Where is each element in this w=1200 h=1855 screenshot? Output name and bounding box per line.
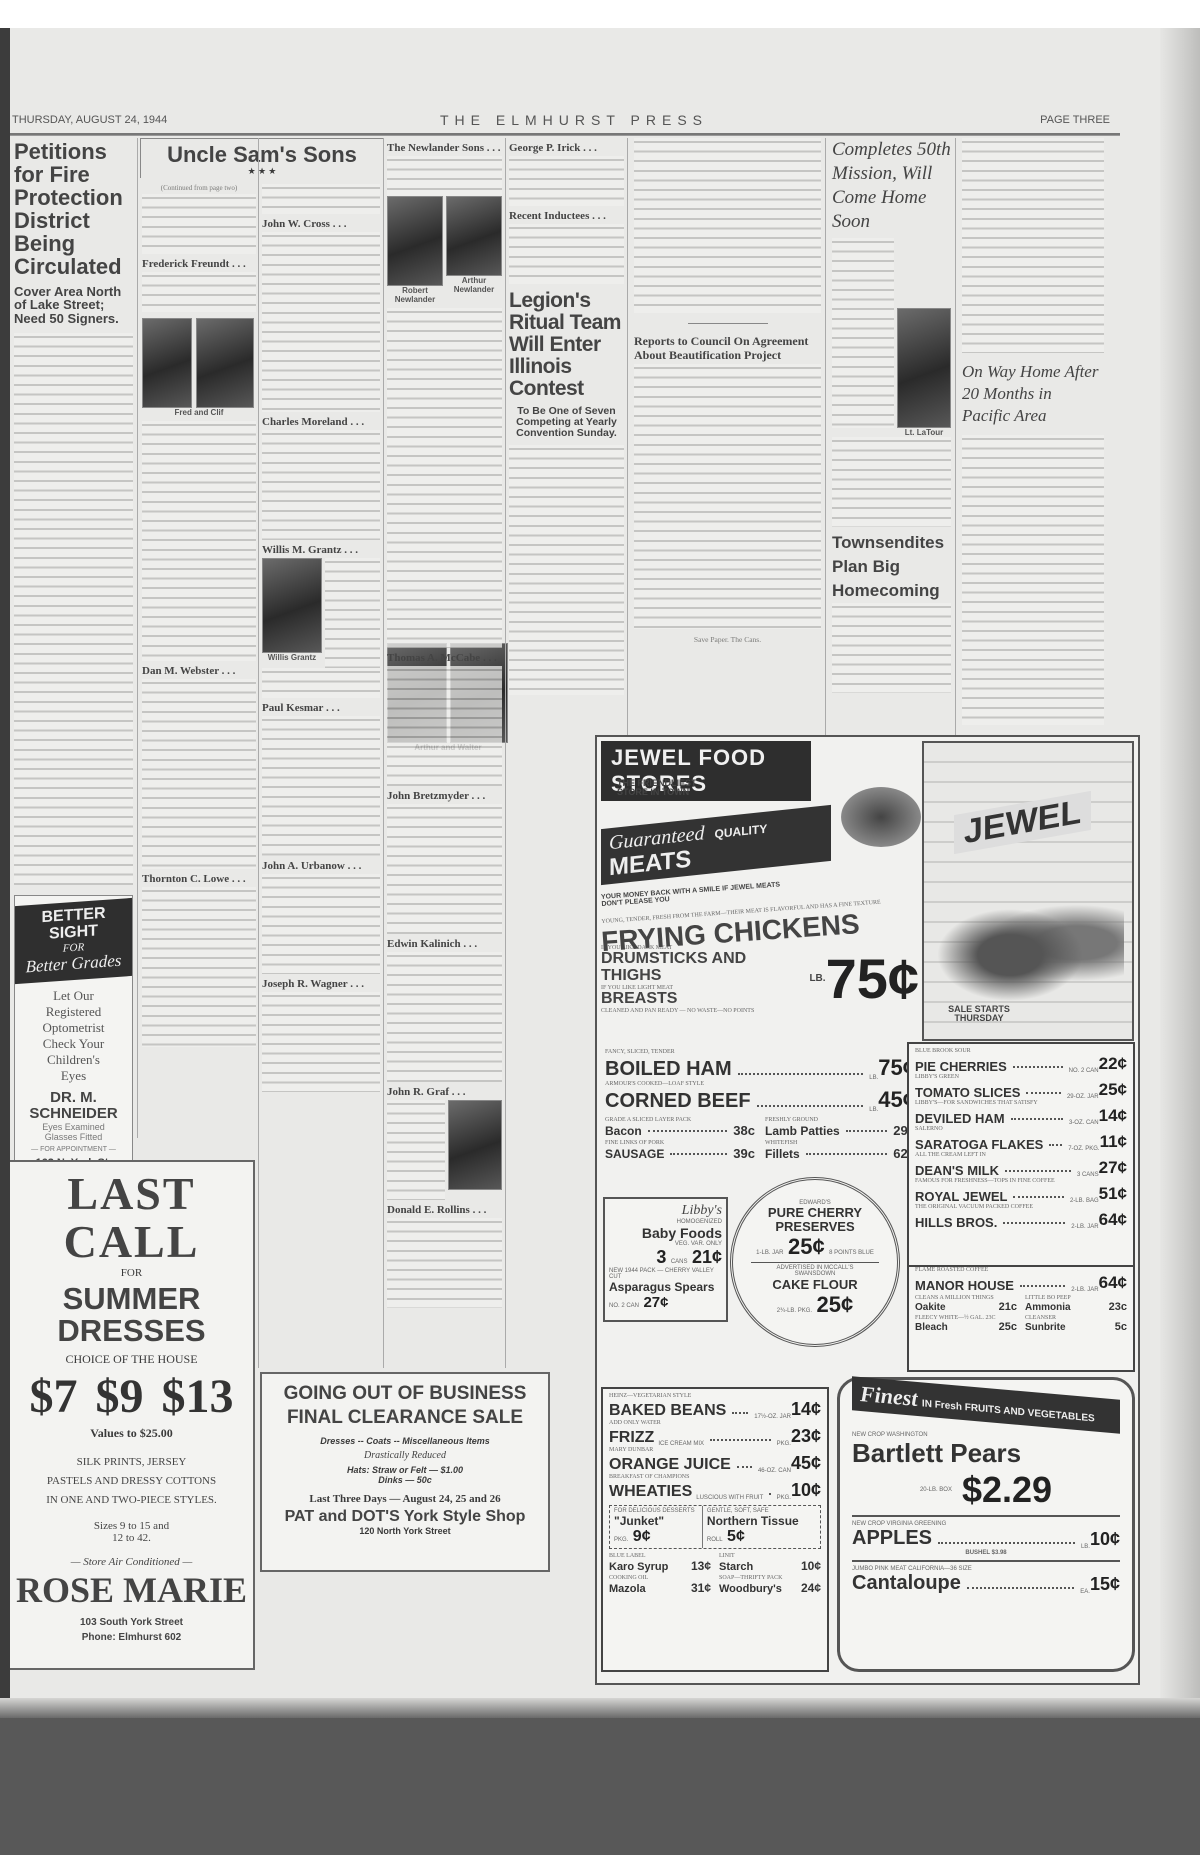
- libbys-baby-foods: Libby's HOMOGENIZED Baby Foods VEG. VAR.…: [603, 1197, 728, 1322]
- column-3: John W. Cross . . . Charles Moreland . .…: [258, 138, 384, 1368]
- column-6: Reports to Council On Agreement About Be…: [630, 138, 826, 738]
- section-title: John A. Urbanow . . .: [262, 860, 380, 872]
- summer-dresses-title: SUMMER DRESSES: [10, 1283, 253, 1348]
- legion-headline: Legion's Ritual Team Will Enter Illinois…: [509, 290, 624, 400]
- photo-clif: [196, 318, 254, 408]
- section-title: John R. Graf . . .: [387, 1086, 502, 1098]
- storefront-illustration: JEWEL SALE STARTS THURSDAY: [922, 741, 1134, 1041]
- completes-50th-headline: Completes 50th Mission, Will Come Home S…: [832, 138, 951, 234]
- grocery-price-list: BLUE BROOK SOURPIE CHERRIESNO. 2 CAN22¢ …: [907, 1042, 1135, 1267]
- page-number: PAGE THREE: [1040, 114, 1110, 126]
- summer-dresses-ad: LAST CALL FOR SUMMER DRESSES CHOICE OF T…: [10, 1160, 255, 1670]
- section-title: George P. Irick . . .: [509, 142, 624, 154]
- column-2: Uncle Sam's Sons ★ ★ ★ (Continued from p…: [140, 138, 258, 1138]
- photo-willis-grantz: [262, 558, 322, 653]
- price-row: HEINZ—VEGETARIAN STYLEBAKED BEANS17½-OZ.…: [609, 1393, 821, 1420]
- column-4: The Newlander Sons . . . Robert Newlande…: [384, 138, 506, 1368]
- way-home-headline: On Way Home After 20 Months in Pacific A…: [962, 361, 1104, 427]
- bottom-grocery-list: HEINZ—VEGETARIAN STYLEBAKED BEANS17½-OZ.…: [601, 1387, 829, 1672]
- shoppers-illustration: [934, 883, 1124, 1003]
- issue-date: THURSDAY, AUGUST 24, 1944: [12, 114, 167, 126]
- pears-price: $2.29: [962, 1469, 1052, 1511]
- price-row: ADD ONLY WATERFRIZZICE CREAM MIXPKG.23¢: [609, 1420, 821, 1447]
- price-row: THE ORIGINAL VACUUM PACKED COFFEEHILLS B…: [915, 1204, 1127, 1230]
- page-edge-right: [1160, 28, 1200, 1718]
- section-title: Charles Moreland . . .: [262, 416, 380, 428]
- chicken-price: 75¢: [826, 950, 919, 1009]
- section-title: Thornton C. Lowe . . .: [142, 873, 256, 885]
- junket-item: FOR DELICIOUS DESSERTS "Junket" PKG. 9¢: [610, 1506, 703, 1548]
- section-title: Joseph R. Wagner . . .: [262, 978, 380, 990]
- pat-and-dots-store: PAT and DOT'S York Style Shop: [262, 1509, 548, 1526]
- section-title: Willis M. Grantz . . .: [262, 544, 380, 556]
- ad-line: Optometrist: [15, 1020, 132, 1036]
- guaranteed-meats-banner: Guaranteed QUALITY MEATS: [601, 805, 831, 885]
- northern-tissue-item: GENTLE, SOFT, SAFE Northern Tissue ROLL …: [703, 1506, 820, 1548]
- price-row: BREAKFAST OF CHAMPIONSWHEATIESLUSCIOUS W…: [609, 1474, 821, 1501]
- price-row: LIBBY'S—FOR SANDWICHES THAT SATISFYDEVIL…: [915, 1100, 1127, 1126]
- column-5: George P. Irick . . . Recent Inductees .…: [506, 138, 628, 738]
- section-title: Paul Kesmar . . .: [262, 702, 380, 714]
- column-7: Completes 50th Mission, Will Come Home S…: [828, 138, 956, 738]
- price-row: MARY DUNBARORANGE JUICE46-OZ. CAN45¢: [609, 1447, 821, 1474]
- price-row-bacon: GRADE A SLICED LAYER PACKBacon38c: [605, 1117, 755, 1138]
- optometrist-name: DR. M. SCHNEIDER: [15, 1090, 132, 1122]
- column-1: Petitions for Fire Protection District B…: [10, 138, 138, 1138]
- price-row-corned-beef: CORNED BEEF LB. 45¢: [605, 1087, 915, 1113]
- ad-line: Let Our: [15, 988, 132, 1004]
- ad-line: Children's: [15, 1052, 132, 1068]
- fire-district-subhead: Cover Area North of Lake Street; Need 50…: [10, 281, 137, 330]
- cherry-preserves-circle: EDWARD'S PURE CHERRY PRESERVES 1-LB. JAR…: [730, 1177, 900, 1347]
- section-title: John W. Cross . . .: [262, 218, 380, 230]
- photo-john-graf: [448, 1100, 502, 1190]
- masthead: THURSDAY, AUGUST 24, 1944 THE ELMHURST P…: [10, 112, 1150, 134]
- ad-line: Eyes: [15, 1068, 132, 1084]
- meats-block: Guaranteed QUALITY MEATS YOUR MONEY BACK…: [601, 817, 919, 1047]
- masthead-rule: [10, 133, 1120, 136]
- section-title: Donald E. Rollins . . .: [387, 1204, 502, 1216]
- legion-subhead: To Be One of Seven Competing at Yearly C…: [509, 406, 624, 439]
- price-row-sausage: FINE LINKS OF PORKSAUSAGE39c: [605, 1140, 755, 1161]
- section-title: Dan M. Webster . . .: [142, 665, 256, 677]
- photo-robert-newlander: [387, 196, 443, 286]
- rose-marie-store: ROSE MARIE: [10, 1572, 253, 1610]
- column-8: On Way Home After 20 Months in Pacific A…: [958, 138, 1108, 738]
- price-row: BLUE BROOK SOURPIE CHERRIESNO. 2 CAN22¢: [915, 1048, 1127, 1074]
- section-title: The Newlander Sons . . .: [387, 142, 502, 154]
- section-title: Thomas A. McCabe . . .: [387, 652, 502, 664]
- optometrist-ad: BETTER SIGHT FOR Better Grades Let Our R…: [14, 895, 133, 1195]
- ad-line: Check Your: [15, 1036, 132, 1052]
- fire-district-headline: Petitions for Fire Protection District B…: [10, 138, 137, 281]
- scan-bed-bottom: [0, 1710, 1200, 1855]
- ad-line: Registered: [15, 1004, 132, 1020]
- last-call-title: LAST CALL: [10, 1170, 253, 1267]
- price-row-fillets: WHITEFISHFillets62c: [765, 1140, 915, 1161]
- townsendites-headline: Townsendites Plan Big Homecoming: [832, 531, 951, 603]
- jewel-store-sign: JEWEL: [954, 791, 1091, 854]
- council-headline: Reports to Council On Agreement About Be…: [634, 334, 821, 362]
- section-title: Recent Inductees . . .: [509, 210, 624, 222]
- section-title: Edwin Kalinich . . .: [387, 938, 502, 950]
- photo-arthur-newlander: [446, 196, 502, 276]
- price-row: FAMOUS FOR FRESHNESS—TOPS IN FINE COFFEE…: [915, 1178, 1127, 1204]
- paper-title: THE ELMHURST PRESS: [440, 112, 708, 128]
- price-3: $13: [162, 1369, 234, 1424]
- roast-illustration: [841, 787, 921, 847]
- produce-block: Finest IN Fresh FRUITS AND VEGETABLES NE…: [837, 1377, 1135, 1672]
- dress-prices: $7 $9 $13: [10, 1369, 253, 1424]
- clearance-sale-ad: GOING OUT OF BUSINESS FINAL CLEARANCE SA…: [260, 1372, 550, 1572]
- price-row-lamb-patties: FRESHLY GROUNDLamb Patties29c: [765, 1117, 915, 1138]
- section-title: John Bretzmyder . . .: [387, 790, 502, 802]
- finest-banner: Finest IN Fresh FRUITS AND VEGETABLES: [852, 1376, 1120, 1433]
- page-edge-left: [0, 28, 10, 1718]
- article-body: [10, 329, 137, 889]
- price-row-boiled-ham: BOILED HAM LB. 75¢: [605, 1055, 915, 1081]
- price-row: FLAME ROASTED COFFEEMANOR HOUSE2-LB. JAR…: [915, 1267, 1127, 1293]
- price-row: LIBBY'S GREENTOMATO SLICES29-OZ. JAR25¢: [915, 1074, 1127, 1100]
- bartlett-pears: Bartlett Pears: [852, 1438, 1120, 1469]
- jewel-food-stores-ad: JEWEL FOOD STORES THE FRIENDLIEST STORE …: [595, 735, 1140, 1685]
- better-sight-banner: BETTER SIGHT FOR Better Grades: [15, 898, 132, 984]
- price-row: SALERNOSARATOGA FLAKES7-OZ. PKG.11¢: [915, 1126, 1127, 1152]
- photo-lt-latour: [897, 308, 951, 428]
- photo-fred: [142, 318, 192, 408]
- price-1: $7: [30, 1369, 78, 1424]
- price-row: ALL THE CREAM LEFT INDEAN'S MILK3 CANS27…: [915, 1152, 1127, 1178]
- grocery-price-list-2: FLAME ROASTED COFFEEMANOR HOUSE2-LB. JAR…: [907, 1267, 1135, 1372]
- price-2: $9: [96, 1369, 144, 1424]
- meat-list: FANCY, SLICED, TENDER BOILED HAM LB. 75¢…: [605, 1049, 915, 1161]
- section-title: Frederick Freundt . . .: [142, 258, 256, 270]
- sale-starts: SALE STARTS THURSDAY: [934, 1005, 1024, 1024]
